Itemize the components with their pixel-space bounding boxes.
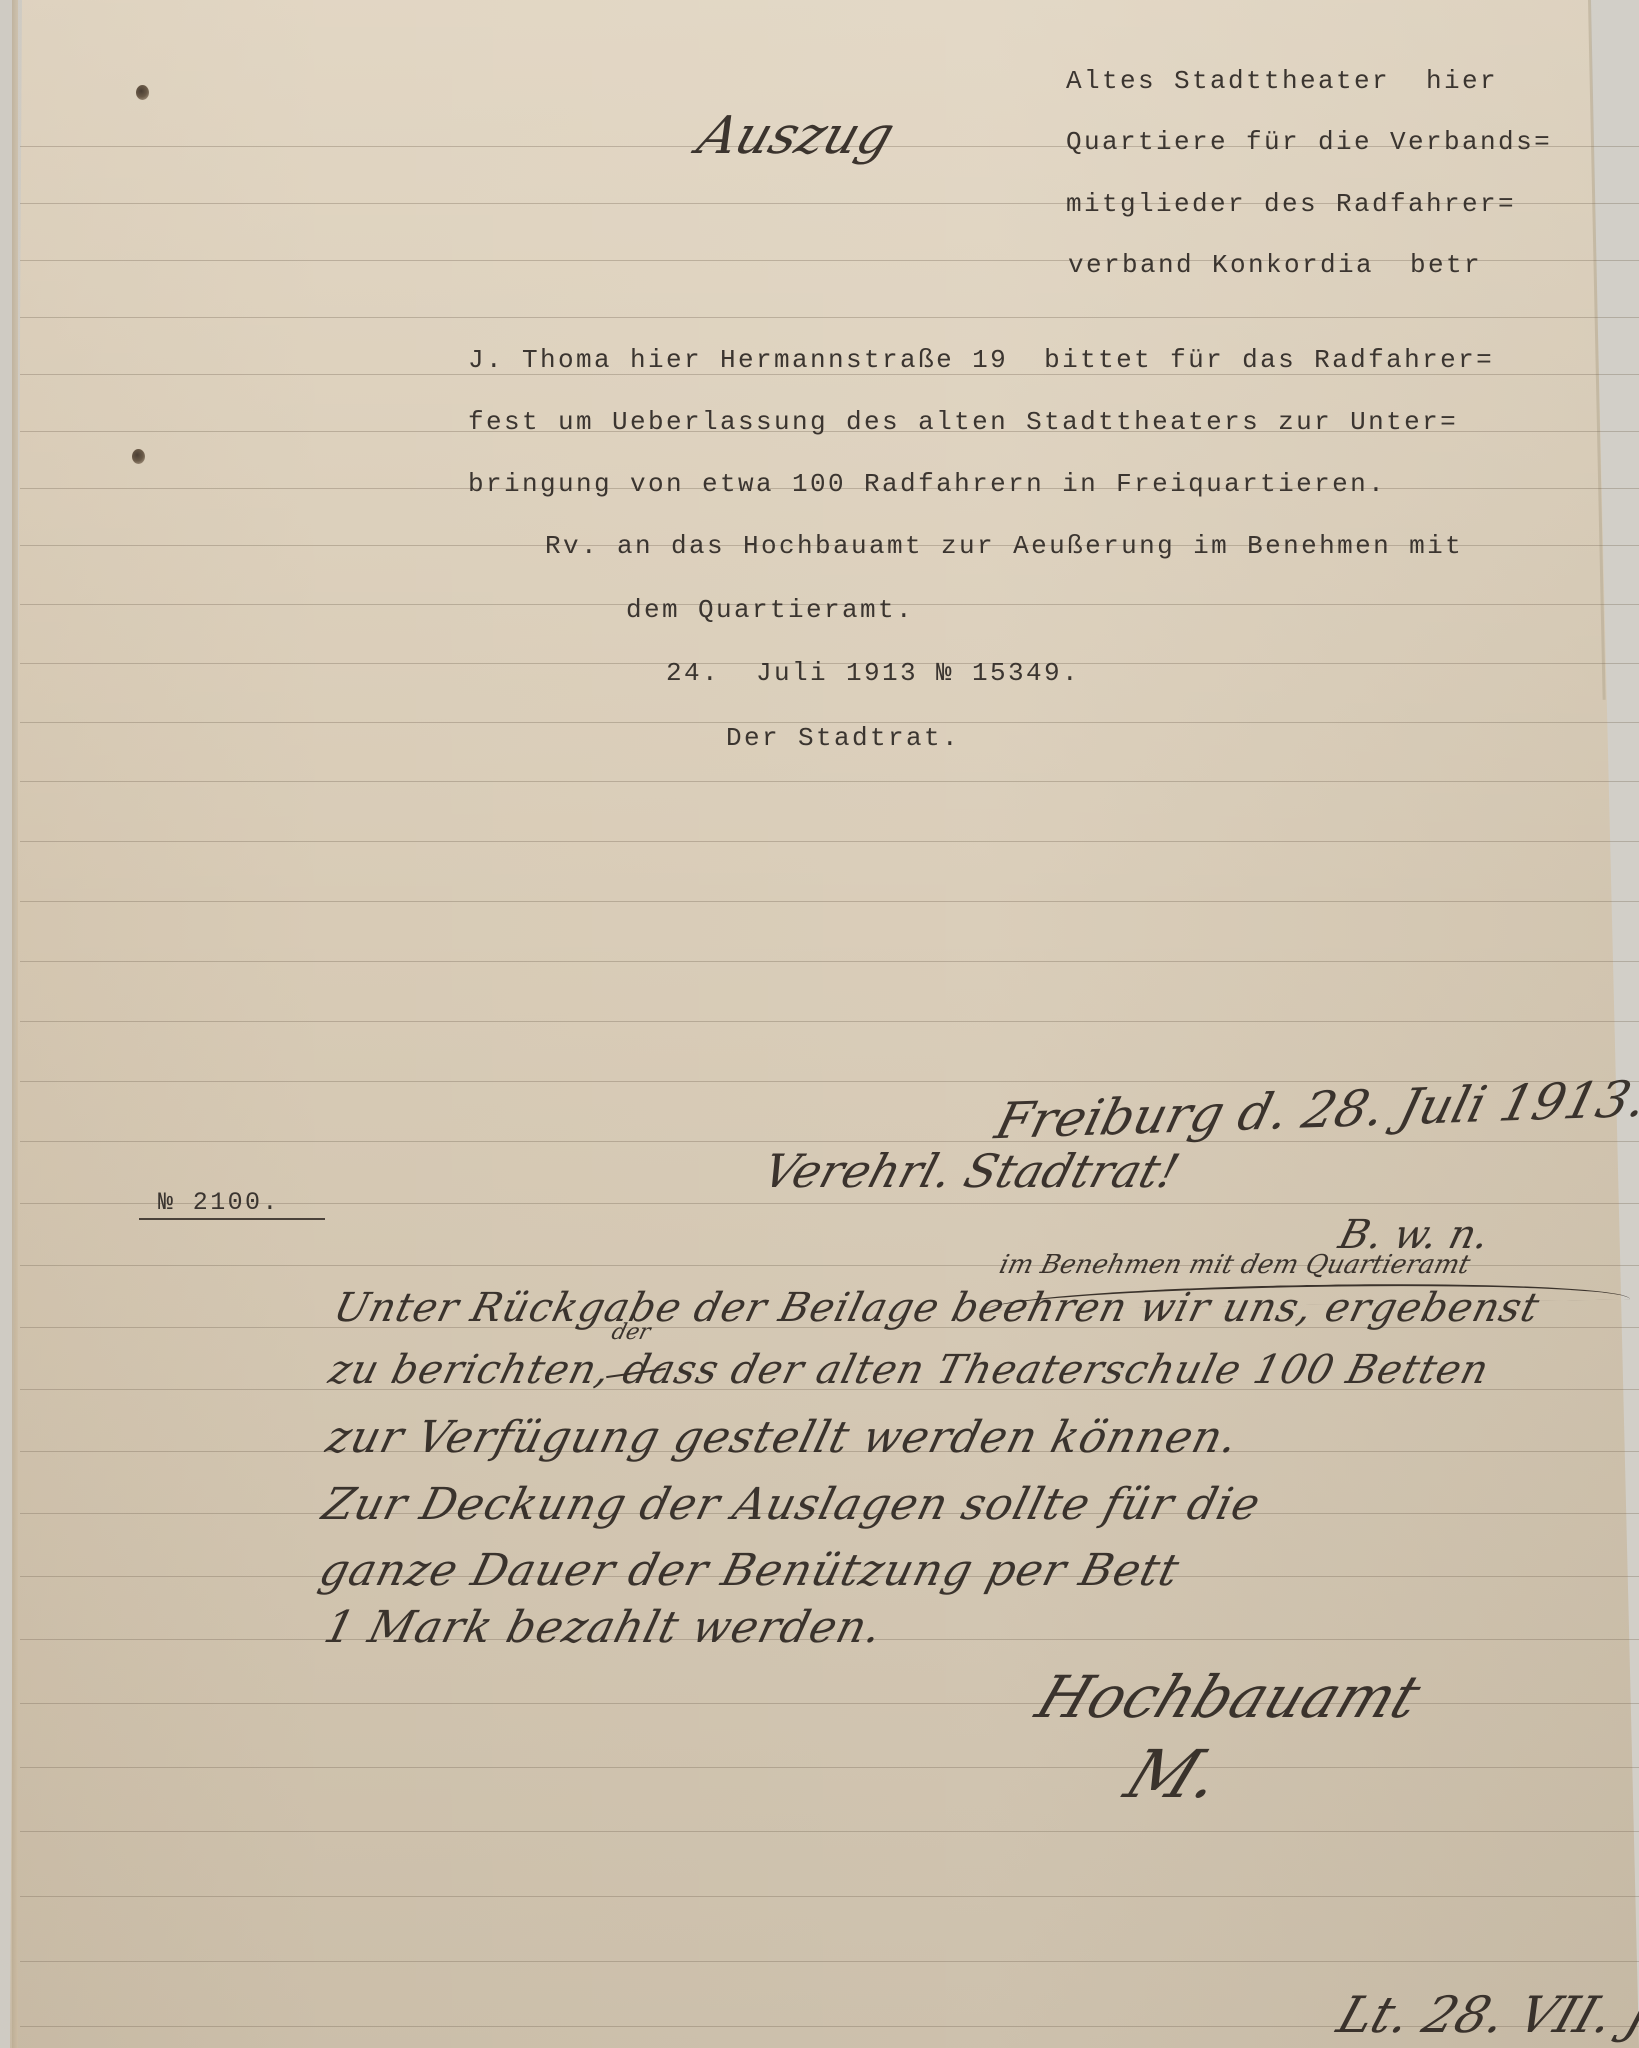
summary-line: fest um Ueberlassung des alten Stadtthea… [468,409,1458,435]
subject-line: Quartiere für die Verbands= [1066,129,1552,155]
marginal-note: B. w. n. [1335,1215,1493,1255]
ruled-line [20,841,1639,842]
referral-line: dem Quartieramt. [626,597,914,623]
reply-line: Unter Rückgabe der Beilage beehren wir u… [330,1288,1544,1328]
footer-note: Lt. 28. VII. J. [1332,1990,1639,2040]
ruled-line [20,1021,1639,1022]
reference-underline [139,1218,325,1220]
ruled-line [20,781,1639,782]
ruled-line [20,1767,1639,1768]
ruled-line [20,317,1639,318]
scan-stage: Auszug Altes Stadttheater hier Quartiere… [0,0,1639,2048]
ruled-line [20,961,1639,962]
ruled-line [20,1961,1639,1962]
typed-signatory: Der Stadtrat. [726,725,960,751]
ruled-line [20,1896,1639,1897]
punch-hole-bottom [132,449,145,464]
paper-edge-left [12,0,18,2048]
ruled-line [20,1831,1639,1832]
referral-line: Rv. an das Hochbauamt zur Aeußerung im B… [545,533,1463,559]
insertion-note: im Benehmen mit dem Quartieramt [997,1252,1473,1278]
reply-line: Zur Deckung der Auslagen sollte für die [318,1483,1265,1527]
ruled-line [20,1141,1639,1142]
reply-line: zur Verfügung gestellt werden können. [322,1416,1243,1460]
subject-line: verband Konkordia betr [1068,252,1482,278]
reply-line: ganze Dauer der Benützung per Bett [315,1549,1184,1593]
reply-line: zu berichten, dass der alten Theaterschu… [325,1350,1493,1390]
interlinear-word: der [609,1322,652,1344]
office-signature: Hochbauamt [1029,1668,1427,1726]
subject-line: mitglieder des Radfahrer= [1066,191,1516,217]
handwritten-title: Auszug [692,110,901,162]
salutation: Verehrl. Stadtrat! [758,1148,1184,1194]
summary-line: bringung von etwa 100 Radfahrern in Frei… [468,471,1386,497]
summary-line: J. Thoma hier Hermannstraße 19 bittet fü… [468,347,1494,373]
paper-sheet [0,0,1639,2048]
reference-number: № 2100. [158,1190,280,1215]
punch-hole-top [136,85,149,100]
typed-date-line: 24. Juli 1913 № 15349. [666,660,1080,686]
ruled-line [20,901,1639,902]
subject-line: Altes Stadttheater hier [1066,68,1498,94]
reply-line: 1 Mark bezahlt werden. [320,1606,887,1650]
